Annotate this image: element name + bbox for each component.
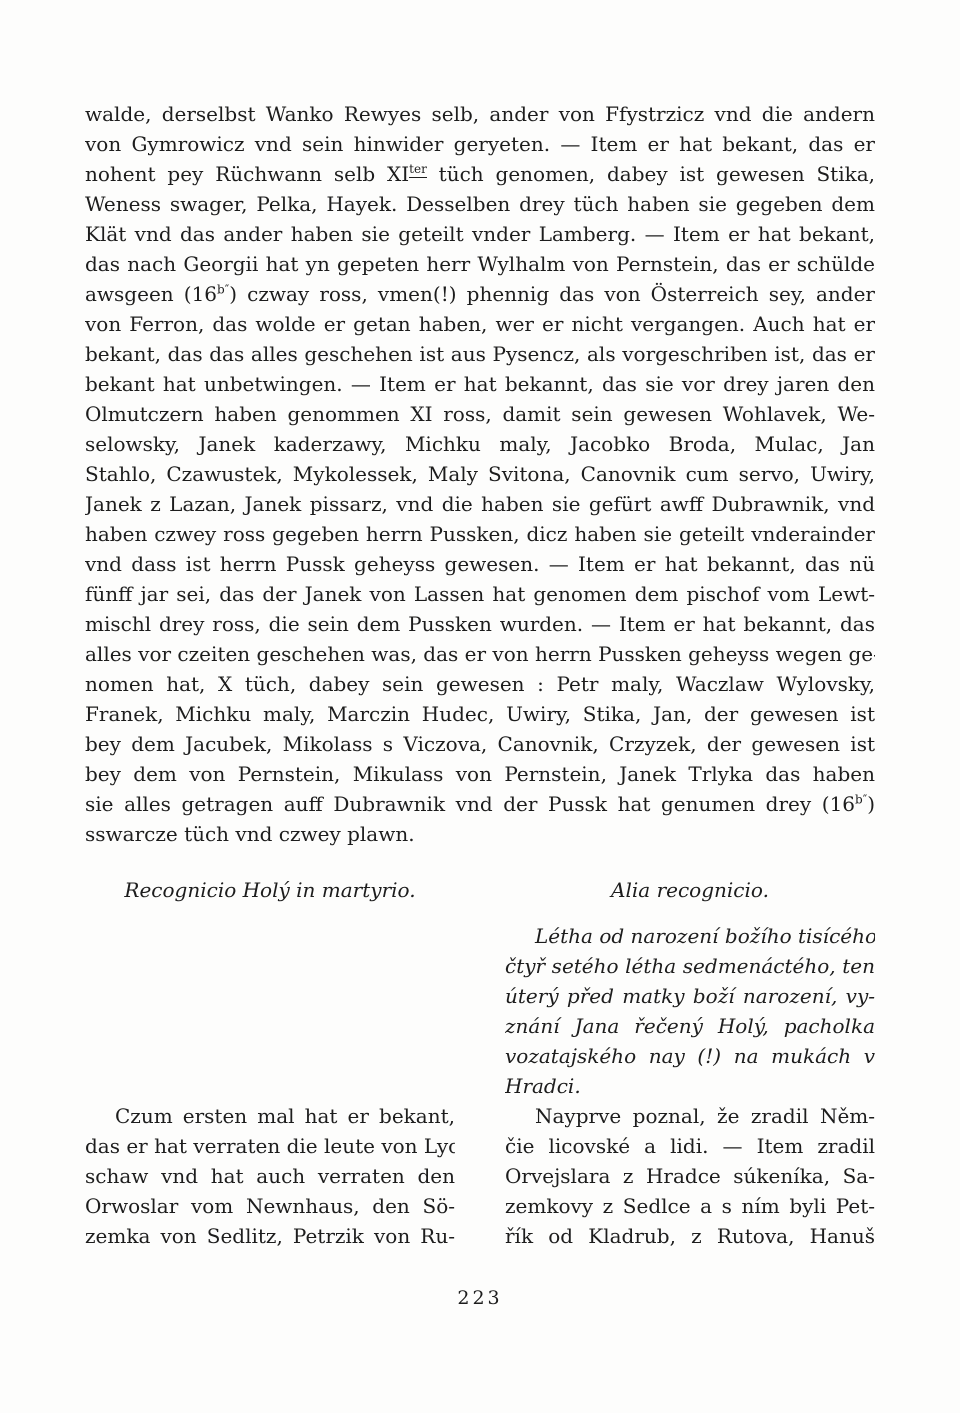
column-left-spacer: [85, 921, 455, 1101]
text-line: Klät vnd das ander haben sie geteilt vnd…: [85, 219, 875, 249]
section-heading-right: Alia recognicio.: [505, 875, 875, 905]
text-line: von Ferron, das wolde er getan haben, we…: [85, 309, 875, 339]
text-line: haben czwey ross gegeben herrn Pussken, …: [85, 519, 875, 549]
text-run: sswarcze tüch vnd czwey plawn.: [85, 822, 415, 846]
text-line: nohent pey Rüchwann selb XIter tüch geno…: [85, 159, 875, 189]
text-line: čie licovské a lidi. — Item zradil: [505, 1131, 875, 1161]
text-line: zemkovy z Sedlce a s ním byli Pet-: [505, 1191, 875, 1221]
left-column-paragraph: Czum ersten mal hat er bekant,das er hat…: [85, 1101, 455, 1251]
column-left: Czum ersten mal hat er bekant,das er hat…: [85, 921, 455, 1251]
text-run: Orwoslar vom Newnhaus, den Sö-: [85, 1194, 455, 1218]
text-line: vozatajského nay (!) na mukách v: [505, 1041, 875, 1071]
text-line: znání Jana řečený Holý, pacholka: [505, 1011, 875, 1041]
text-run: znání Jana řečený Holý, pacholka: [505, 1014, 875, 1038]
text-run: řík od Kladrub, z Rutova, Hanuš: [505, 1224, 875, 1248]
text-line: das nach Georgii hat yn gepeten herr Wyl…: [85, 249, 875, 279]
text-line: bey dem von Pernstein, Mikulass von Pern…: [85, 759, 875, 789]
text-line: Weness swager, Pelka, Hayek. Desselben d…: [85, 189, 875, 219]
section-heading-left: Recognicio Holý in martyrio.: [85, 875, 455, 905]
text-run: bekant hat unbetwingen. — Item er hat be…: [85, 372, 875, 396]
text-line: Létha od narození božího tisícého: [505, 921, 875, 951]
text-line: walde, derselbst Wanko Rewyes selb, ande…: [85, 99, 875, 129]
text-run: čie licovské a lidi. — Item zradil: [505, 1134, 875, 1158]
text-run: vnd dass ist herrn Pussk geheyss gewesen…: [85, 552, 875, 576]
text-line: čtyř setého létha sedmenáctého, ten: [505, 951, 875, 981]
text-run: sie alles getragen auff Dubrawnik vnd de…: [85, 792, 855, 816]
text-run: ) czway ross, vmen(!) phennig das von Ös…: [229, 282, 875, 306]
right-column-paragraph-roman: Nayprve poznal, že zradil Něm-čie licovs…: [505, 1101, 875, 1251]
text-run: bey dem Jacubek, Mikolass s Viczova, Can…: [85, 732, 875, 756]
text-run: fünff jar sei, das der Janek von Lassen …: [85, 582, 875, 606]
text-line: bey dem Jacubek, Mikolass s Viczova, Can…: [85, 729, 875, 759]
superscript-run: b″: [855, 792, 867, 806]
text-line: Orvejslara z Hradce súkeníka, Sa-: [505, 1161, 875, 1191]
text-run: Janek z Lazan, Janek pissarz, vnd die ha…: [85, 492, 875, 516]
text-line: fünff jar sei, das der Janek von Lassen …: [85, 579, 875, 609]
section-headings-row: Recognicio Holý in martyrio. Alia recogn…: [85, 875, 875, 905]
two-column-section: Czum ersten mal hat er bekant,das er hat…: [85, 921, 875, 1251]
superscript-run: b″: [217, 282, 229, 296]
text-line: von Gymrowicz vnd sein hinwider geryeten…: [85, 129, 875, 159]
page-number: 223: [85, 1283, 875, 1313]
main-text-block: walde, derselbst Wanko Rewyes selb, ande…: [85, 99, 875, 849]
text-run: bekant, das das alles geschehen ist aus …: [85, 342, 875, 366]
text-run: nomen hat, X tüch, dabey sein gewesen : …: [85, 672, 875, 696]
text-line: das er hat verraten die leute von Lycz-: [85, 1131, 455, 1161]
text-run: das er hat verraten die leute von Lycz-: [85, 1134, 455, 1158]
text-run: das nach Georgii hat yn gepeten herr Wyl…: [85, 252, 875, 276]
text-run: vozatajského nay (!) na mukách v: [505, 1044, 875, 1068]
text-line: Franek, Michku maly, Marczin Hudec, Uwir…: [85, 699, 875, 729]
text-line: mischl drey ross, die sein dem Pussken w…: [85, 609, 875, 639]
text-run: alles vor czeiten geschehen was, das er …: [85, 642, 875, 666]
text-line: řík od Kladrub, z Rutova, Hanuš: [505, 1221, 875, 1251]
text-line: Czum ersten mal hat er bekant,: [85, 1101, 455, 1131]
text-run: mischl drey ross, die sein dem Pussken w…: [85, 612, 875, 636]
text-run: tüch genomen, dabey ist gewesen Stika,: [427, 162, 875, 186]
text-line: nomen hat, X tüch, dabey sein gewesen : …: [85, 669, 875, 699]
text-run: Klät vnd das ander haben sie geteilt vnd…: [85, 222, 875, 246]
text-run: haben czwey ross gegeben herrn Pussken, …: [85, 522, 875, 546]
text-run: Olmutczern haben genommen XI ross, damit…: [85, 402, 875, 426]
text-line: sie alles getragen auff Dubrawnik vnd de…: [85, 789, 875, 819]
text-line: bekant, das das alles geschehen ist aus …: [85, 339, 875, 369]
right-column-paragraph-italic: Létha od narození božího tisícéhočtyř se…: [505, 921, 875, 1101]
text-run: Weness swager, Pelka, Hayek. Desselben d…: [85, 192, 875, 216]
text-line: alles vor czeiten geschehen was, das er …: [85, 639, 875, 669]
column-right: Létha od narození božího tisícéhočtyř se…: [505, 921, 875, 1251]
text-line: bekant hat unbetwingen. — Item er hat be…: [85, 369, 875, 399]
superscript-run: ter: [409, 162, 427, 178]
text-line: awsgeen (16b″) czway ross, vmen(!) phenn…: [85, 279, 875, 309]
text-line: Stahlo, Czawustek, Mykolessek, Maly Svit…: [85, 459, 875, 489]
text-run: čtyř setého létha sedmenáctého, ten: [505, 954, 875, 978]
text-run: Orvejslara z Hradce súkeníka, Sa-: [505, 1164, 875, 1188]
text-run: Stahlo, Czawustek, Mykolessek, Maly Svit…: [85, 462, 875, 486]
text-line: vnd dass ist herrn Pussk geheyss gewesen…: [85, 549, 875, 579]
text-run: Létha od narození božího tisícého: [535, 924, 875, 948]
text-run: ): [867, 792, 875, 816]
text-run: walde, derselbst Wanko Rewyes selb, ande…: [85, 102, 875, 126]
text-line: Orwoslar vom Newnhaus, den Sö-: [85, 1191, 455, 1221]
text-run: zemka von Sedlitz, Petrzik von Ru-: [85, 1224, 455, 1248]
text-run: Hradci.: [505, 1074, 581, 1098]
text-run: Nayprve poznal, že zradil Něm-: [535, 1104, 875, 1128]
text-run: awsgeen (16: [85, 282, 217, 306]
text-line: sswarcze tüch vnd czwey plawn.: [85, 819, 875, 849]
text-line: Janek z Lazan, Janek pissarz, vnd die ha…: [85, 489, 875, 519]
text-line: zemka von Sedlitz, Petrzik von Ru-: [85, 1221, 455, 1251]
book-page: walde, derselbst Wanko Rewyes selb, ande…: [0, 0, 960, 1413]
text-run: Franek, Michku maly, Marczin Hudec, Uwir…: [85, 702, 875, 726]
text-line: selowsky, Janek kaderzawy, Michku maly, …: [85, 429, 875, 459]
text-line: Olmutczern haben genommen XI ross, damit…: [85, 399, 875, 429]
text-line: Hradci.: [505, 1071, 875, 1101]
text-run: úterý před matky boží narození, vy-: [505, 984, 875, 1008]
text-run: selowsky, Janek kaderzawy, Michku maly, …: [85, 432, 875, 456]
text-run: schaw vnd hat auch verraten den: [85, 1164, 455, 1188]
text-line: Nayprve poznal, že zradil Něm-: [505, 1101, 875, 1131]
text-run: zemkovy z Sedlce a s ním byli Pet-: [505, 1194, 875, 1218]
text-run: Czum ersten mal hat er bekant,: [115, 1104, 455, 1128]
text-run: von Ferron, das wolde er getan haben, we…: [85, 312, 875, 336]
text-line: schaw vnd hat auch verraten den: [85, 1161, 455, 1191]
text-run: nohent pey Rüchwann selb XI: [85, 162, 409, 186]
text-line: úterý před matky boží narození, vy-: [505, 981, 875, 1011]
text-run: bey dem von Pernstein, Mikulass von Pern…: [85, 762, 875, 786]
text-run: von Gymrowicz vnd sein hinwider geryeten…: [85, 132, 875, 156]
